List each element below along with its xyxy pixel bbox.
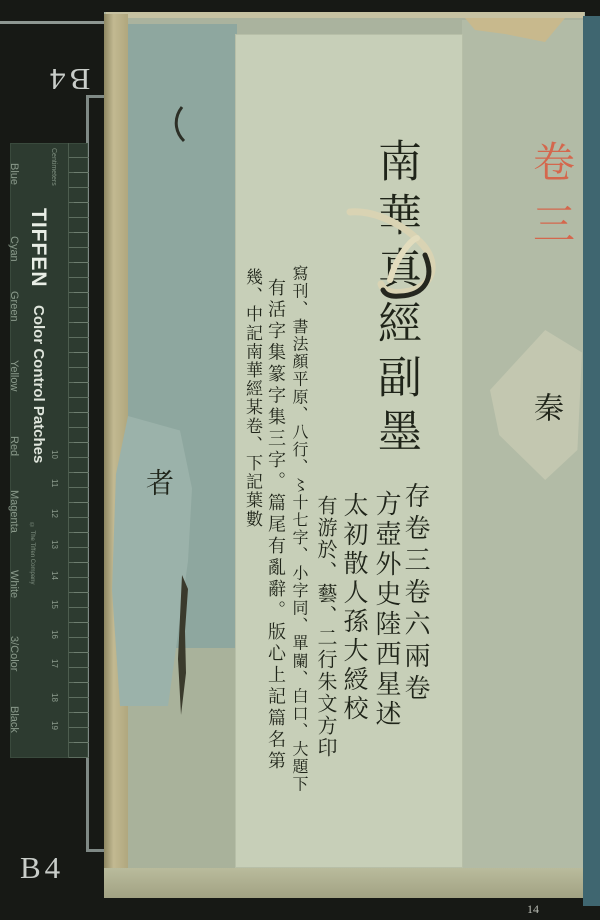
left-edge-character-fragment: 者 [138, 468, 178, 496]
note-editor: 太初散人孫大綬校 [342, 492, 367, 724]
page-number: 14 [527, 902, 539, 917]
card-title: Color Control Patches [30, 305, 47, 463]
damage-mark-icon [170, 105, 190, 145]
card-copyright: © The Tiffen Company [29, 523, 35, 584]
position-label-bottom: B4 [20, 852, 64, 883]
blue-page-edge [583, 16, 600, 906]
ruler-number: 16 [50, 630, 59, 639]
ruler-major-ticks [74, 143, 88, 758]
patch-label-green: Green [8, 291, 20, 322]
frame-guide-line [0, 21, 117, 24]
patch-label-magenta: Magenta [8, 490, 20, 533]
patch-label-yellow: Yellow [8, 360, 20, 391]
stain-curl-icon [345, 200, 445, 305]
ruler-number: 15 [50, 600, 59, 609]
cover-bottom-edge [104, 868, 584, 898]
position-label-top: B4 [46, 64, 90, 95]
ruler-number: 19 [50, 721, 59, 730]
ruler-number: 12 [50, 509, 59, 518]
patch-label-black: Black [8, 706, 20, 733]
ruler-number: 11 [50, 479, 59, 487]
frame-guide-bracket [86, 95, 106, 852]
red-volume-inscription: 卷三 [530, 140, 572, 264]
patch-label-white: White [8, 570, 20, 598]
ruler-number: 13 [50, 540, 59, 549]
patch-label-cyan: Cyan [8, 236, 20, 262]
archival-photo: B4 B4 Centimeters TIFFEN Color Control P… [0, 0, 600, 920]
note-format-1: 寫刊、書法顏平原、八行、〻十七字、小字同、單闌、白口、大題下 [291, 265, 307, 793]
tiffen-logo: TIFFEN [26, 208, 50, 288]
ruler-units-label: Centimeters [50, 148, 57, 186]
note-seal: 有游於、藝、二行朱文方印 [316, 495, 336, 759]
right-edge-character-fragment: 秦 [523, 392, 567, 422]
ruler-number: 14 [50, 571, 59, 580]
ruler-number: 18 [50, 693, 59, 702]
ruler-number: 10 [50, 450, 59, 459]
note-holdings: 存卷三卷六兩卷 [402, 482, 428, 706]
cover-top-edge [106, 12, 584, 18]
patch-label-red: Red [8, 436, 20, 456]
note-author: 方壺外史陸西星述 [373, 490, 399, 730]
patch-label-3color: 3/Color [8, 636, 20, 671]
ruler-number: 17 [50, 659, 59, 668]
note-format-2: 有活字集篆字集三字。篇尾有亂辭。版心上記篇名第 [266, 278, 284, 773]
note-format-3: 幾、中記南華經某卷、下記葉數 [243, 268, 260, 528]
patch-label-blue: Blue [8, 163, 20, 185]
